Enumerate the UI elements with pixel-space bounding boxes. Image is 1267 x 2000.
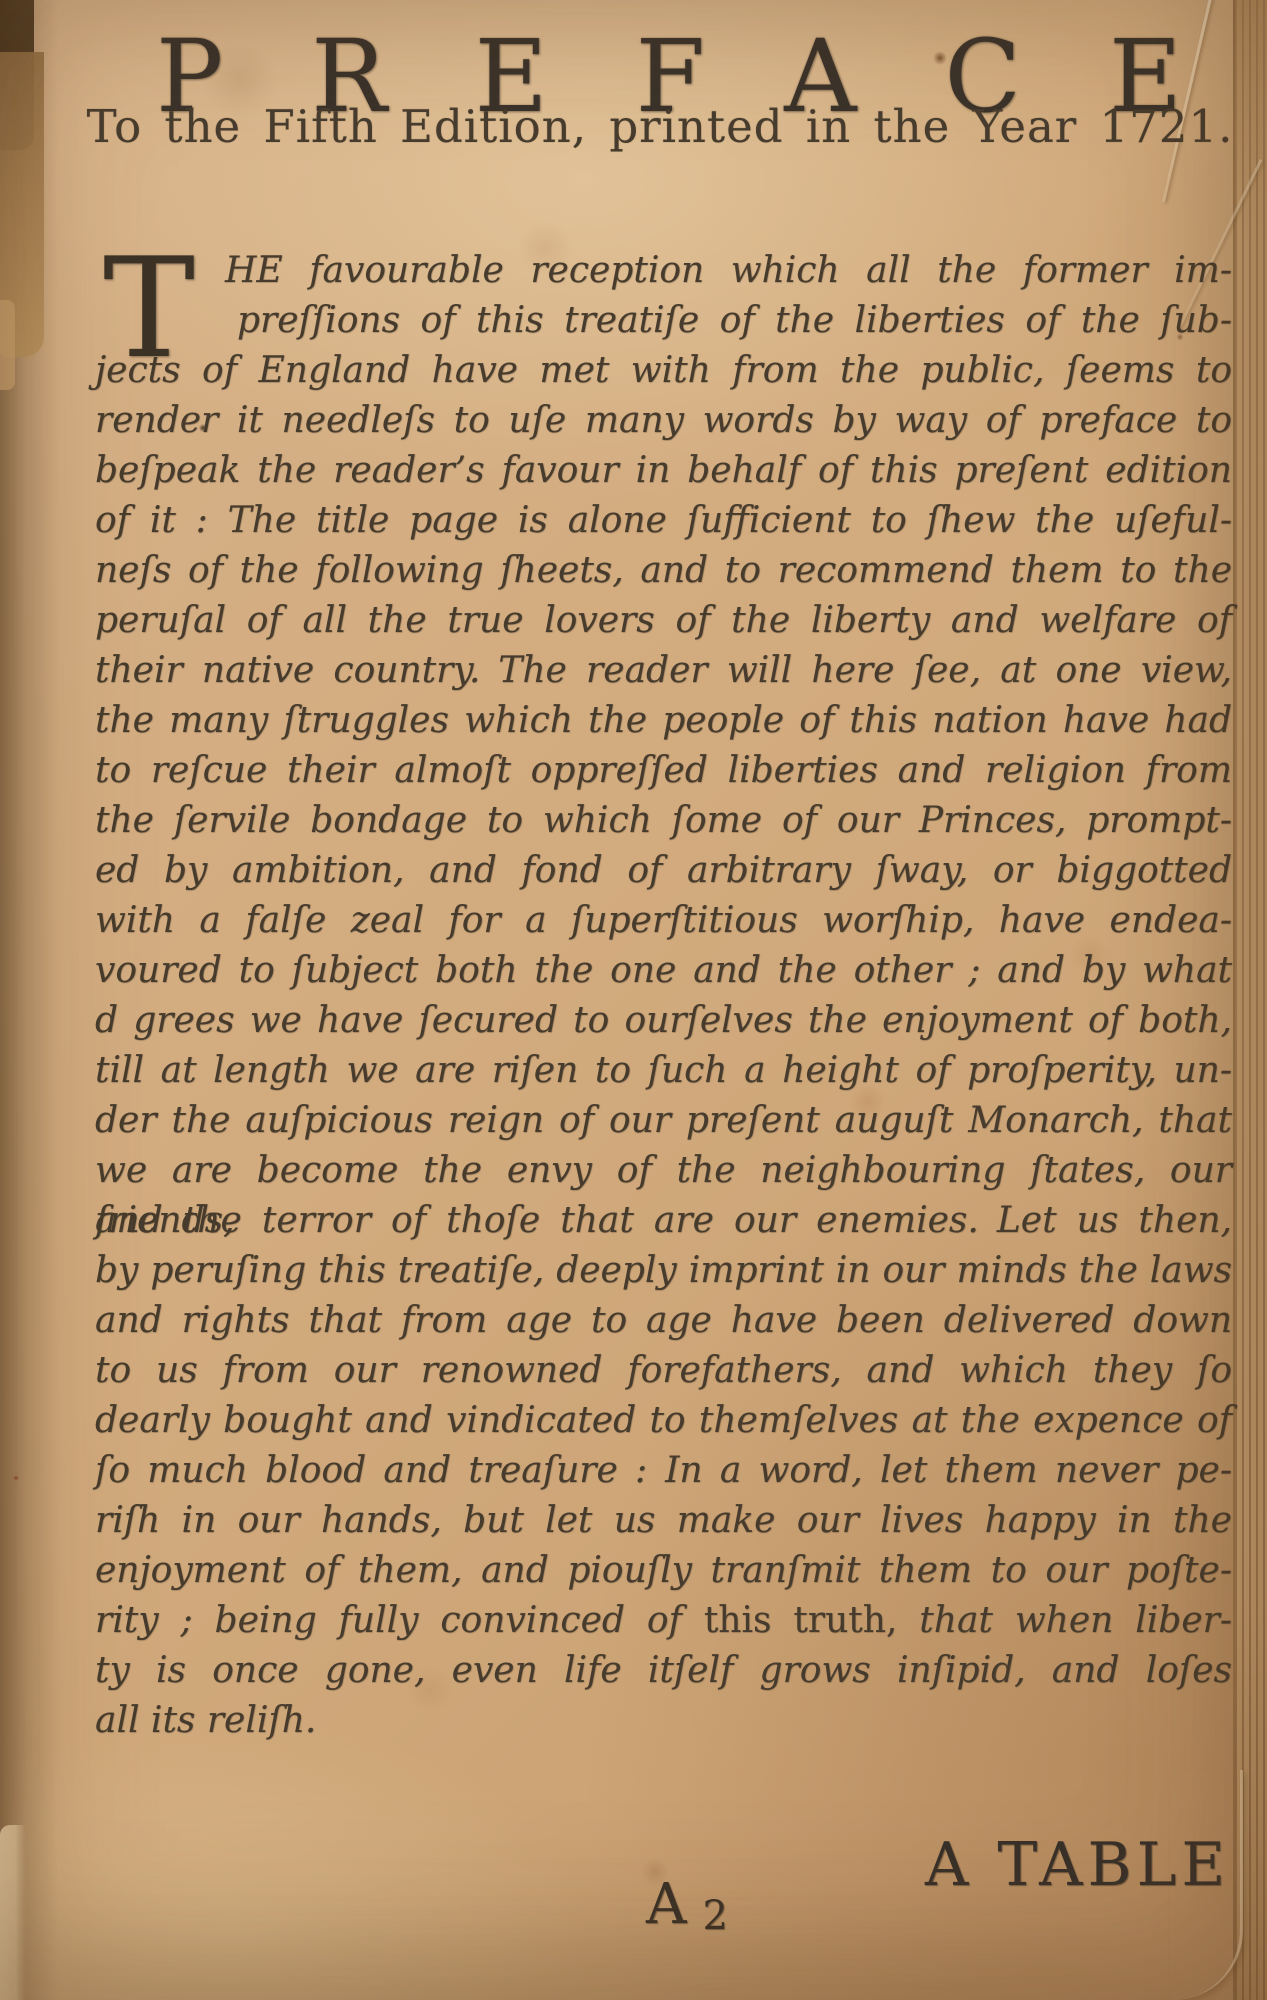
body-line: enjoyment of them, and piouſly tranſmit … — [95, 1546, 1232, 1596]
torn-edge-tab — [0, 300, 15, 390]
body-line: the ſervile bondage to which ſome of our… — [95, 796, 1232, 846]
catchword: A TABLE — [925, 1830, 1230, 1900]
signature-letter: A — [646, 1872, 686, 1937]
body-text: HE favourable reception which all the fo… — [95, 246, 1232, 1746]
body-text-block: T HE favourable reception which all the … — [95, 246, 1232, 1746]
bottom-left-page-edge — [0, 1825, 26, 2000]
body-line: ſo much blood and treaſure : In a word, … — [95, 1446, 1232, 1496]
body-line: voured to ſubject both the one and the o… — [95, 946, 1232, 996]
body-line: all its reliſh. — [95, 1696, 1232, 1746]
body-line: jects of England have met with from the … — [95, 346, 1232, 396]
body-line: we are become the envy of the neighbouri… — [95, 1146, 1232, 1196]
body-line: rity ; being fully convinced of this tru… — [95, 1596, 1232, 1646]
body-line: and the terror of thoſe that are our ene… — [95, 1196, 1232, 1246]
body-line: and rights that from age to age have bee… — [95, 1296, 1232, 1346]
edition-subtitle: To the Fifth Edition, printed in the Yea… — [60, 100, 1260, 153]
body-line: ty is once gone, even life itſelf grows … — [95, 1646, 1232, 1696]
body-line: dearly bought and vindicated to themſelv… — [95, 1396, 1232, 1446]
body-line: to reſcue their almoſt oppreſſed liberti… — [95, 746, 1232, 796]
body-line: to us from our renowned forefathers, and… — [95, 1346, 1232, 1396]
body-line: their native country. The reader will he… — [95, 646, 1232, 696]
body-line: preſſions of this treatiſe of the libert… — [95, 296, 1232, 346]
body-line: peruſal of all the true lovers of the li… — [95, 596, 1232, 646]
drop-cap: T — [103, 240, 195, 378]
body-line: by peruſing this treatiſe, deeply imprin… — [95, 1246, 1232, 1296]
body-line: the many ſtruggles which the people of t… — [95, 696, 1232, 746]
body-line: riſh in our hands, but let us make our l… — [95, 1496, 1232, 1546]
body-line: with a falſe zeal for a ſuperſtitious wo… — [95, 896, 1232, 946]
book-page: PREFACE To the Fifth Edition, printed in… — [0, 0, 1267, 2000]
body-line: beſpeak the reader’s favour in behalf of… — [95, 446, 1232, 496]
body-line: till at length we are riſen to ſuch a he… — [95, 1046, 1232, 1096]
body-line: neſs of the following ſheets, and to rec… — [95, 546, 1232, 596]
body-line: of it : The title page is alone ſufficie… — [95, 496, 1232, 546]
body-line: ed by ambition, and fond of arbitrary ſw… — [95, 846, 1232, 896]
fore-edge-page-stack — [1233, 0, 1267, 2000]
body-line: HE favourable reception which all the fo… — [95, 246, 1232, 296]
body-line: render it needleſs to uſe many words by … — [95, 396, 1232, 446]
body-line: d grees we have ſecured to ourſelves the… — [95, 996, 1232, 1046]
body-line: der the auſpicious reign of our preſent … — [95, 1096, 1232, 1146]
signature-mark: A2 — [646, 1872, 728, 1937]
signature-number: 2 — [702, 1893, 727, 1939]
